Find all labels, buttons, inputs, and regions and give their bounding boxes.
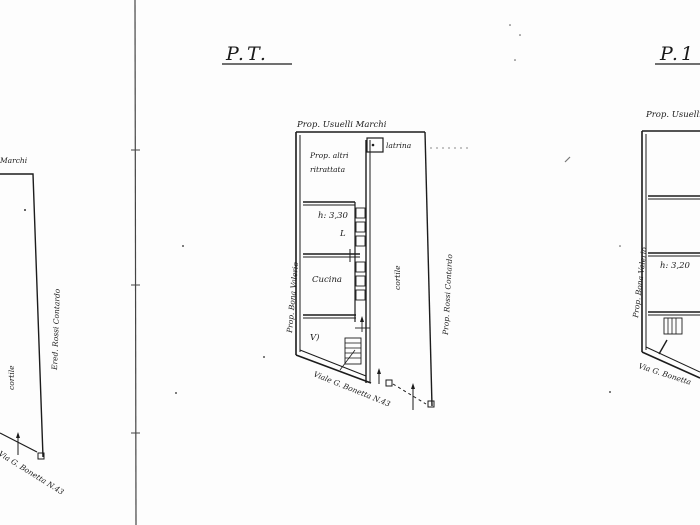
small-room-label: V) (310, 332, 319, 343)
other-yard-label-2: ritrattata (310, 165, 345, 174)
room-mark-label: L (339, 229, 346, 239)
ground-floor-plan: P.T. Prop. Usuelli Marchi latrina Prop. … (222, 43, 470, 410)
courtyard-label: cortile (393, 265, 402, 290)
other-yard-label-1: Prop. altri (309, 151, 349, 160)
p1-top-neighbor-label: Prop. Usuelli Marchi (645, 110, 700, 120)
p1-staircase (659, 318, 682, 354)
left-floor-plan: Marchi cortile Ered. Rossi Contardo Via … (0, 156, 66, 497)
floor-plan-scan: Marchi cortile Ered. Rossi Contardo Via … (0, 0, 700, 525)
floor-plan-drawing: Marchi cortile Ered. Rossi Contardo Via … (0, 0, 700, 525)
page-divider-line (131, 0, 140, 525)
left-right-neighbor-label: Ered. Rossi Contardo (50, 288, 62, 371)
first-floor-title: P.1 (659, 43, 696, 65)
latrine-label: latrina (386, 141, 411, 150)
kitchen-label: Cucina (312, 275, 342, 285)
top-neighbor-label: Prop. Usuelli Marchi (296, 120, 387, 130)
p1-room-height-label: h: 3,20 (660, 261, 691, 271)
left-top-neighbor-label: Marchi (0, 156, 28, 165)
ground-floor-title: P.T. (225, 43, 269, 65)
room-height-label: h: 3,30 (318, 211, 349, 221)
scan-noise (175, 24, 621, 394)
first-floor-plan: P.1 Prop. Usuelli Marchi h: 3,20 Prop. B… (631, 43, 700, 387)
right-neighbor-label: Prop. Rossi Contardo (441, 253, 454, 336)
left-street-label: Via G. Bonetta N.43 (0, 449, 66, 497)
left-courtyard-label: cortile (7, 365, 16, 390)
left-neighbor-label: Prop. Bona Valerio (285, 261, 300, 334)
